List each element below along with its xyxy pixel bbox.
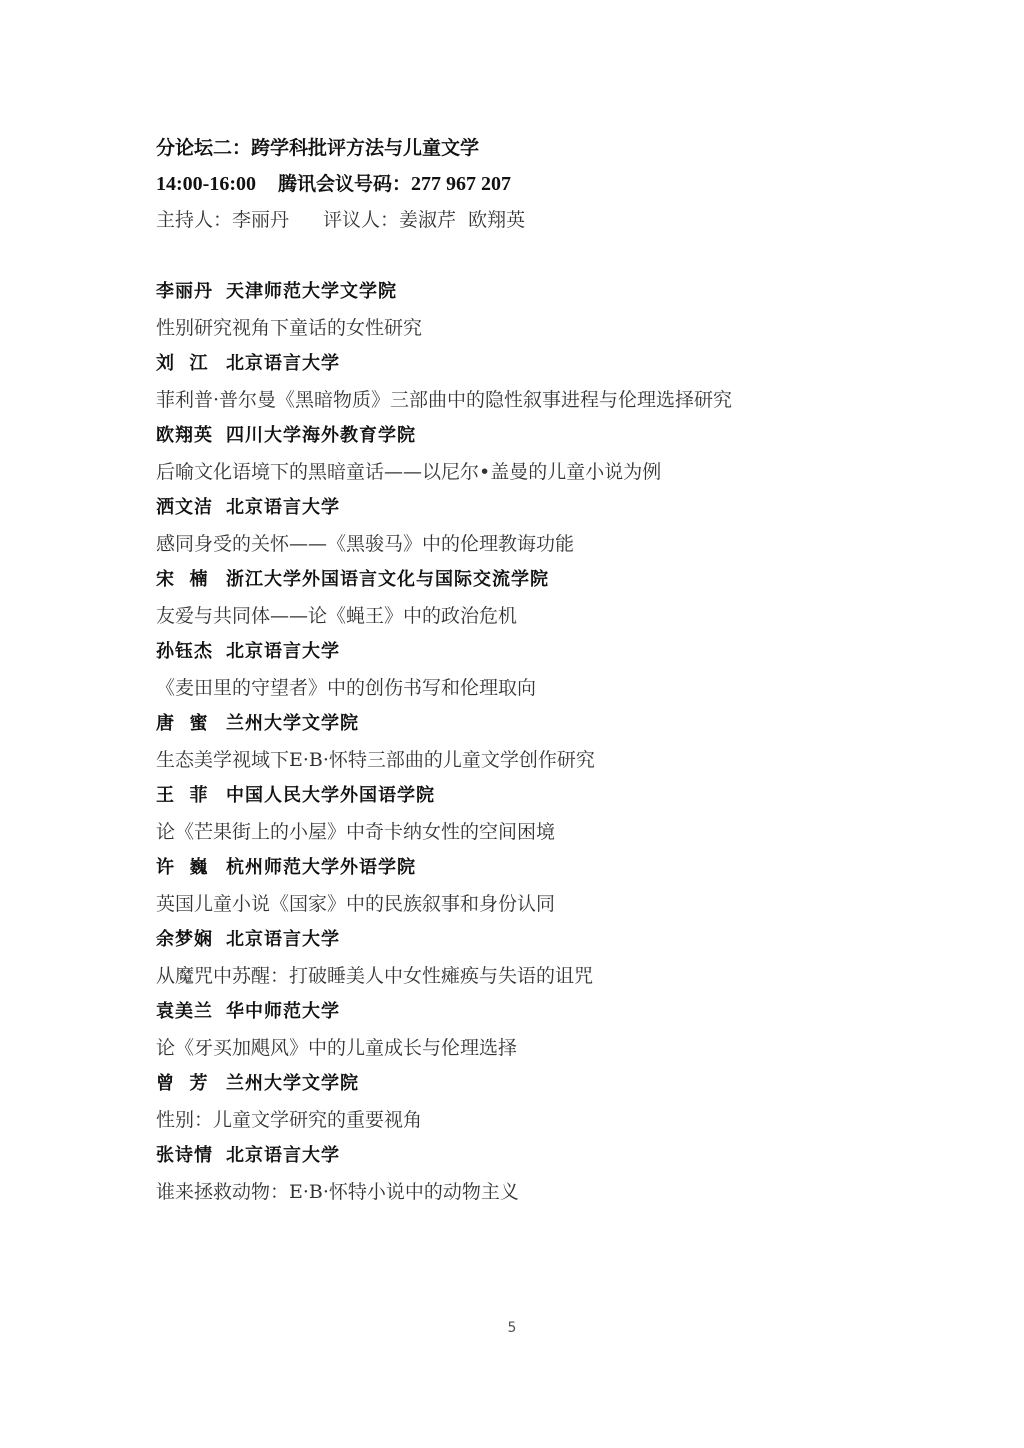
speaker-line: 宋 楠浙江大学外国语言文化与国际交流学院 [156, 562, 876, 598]
speaker-line: 孙钰杰北京语言大学 [156, 634, 876, 670]
presentation-item: 唐 蜜兰州大学文学院 生态美学视域下E·B·怀特三部曲的儿童文学创作研究 [156, 706, 876, 778]
paper-title: 性别研究视角下童话的女性研究 [156, 310, 876, 346]
paper-title: 性别：儿童文学研究的重要视角 [156, 1102, 876, 1138]
speaker-affiliation: 浙江大学外国语言文化与国际交流学院 [226, 569, 549, 590]
paper-title: 友爱与共同体——论《蝇王》中的政治危机 [156, 598, 876, 634]
speaker-affiliation: 北京语言大学 [226, 929, 340, 950]
presentation-item: 许 巍杭州师范大学外语学院 英国儿童小说《国家》中的民族叙事和身份认同 [156, 850, 876, 922]
paper-title: 论《牙买加飓风》中的儿童成长与伦理选择 [156, 1030, 876, 1066]
session-time-line: 14:00-16:00腾讯会议号码：277 967 207 [156, 166, 876, 202]
presentation-item: 欧翔英四川大学海外教育学院 后喻文化语境下的黑暗童话——以尼尔•盖曼的儿童小说为… [156, 418, 876, 490]
speaker-line: 唐 蜜兰州大学文学院 [156, 706, 876, 742]
speaker-affiliation: 北京语言大学 [226, 1145, 340, 1166]
presentation-item: 李丽丹天津师范大学文学院 性别研究视角下童话的女性研究 [156, 274, 876, 346]
presentation-item: 张诗情北京语言大学 谁来拯救动物：E·B·怀特小说中的动物主义 [156, 1138, 876, 1210]
hosts-line: 主持人：李丽丹评议人：姜淑芹 欧翔英 [156, 202, 876, 238]
speaker-affiliation: 天津师范大学文学院 [226, 281, 397, 302]
speaker-affiliation: 北京语言大学 [226, 641, 340, 662]
speaker-name: 余梦娴 [156, 922, 218, 958]
presentation-item: 洒文洁北京语言大学 感同身受的关怀——《黑骏马》中的伦理教诲功能 [156, 490, 876, 562]
speaker-name: 洒文洁 [156, 490, 218, 526]
paper-title: 从魔咒中苏醒：打破睡美人中女性瘫痪与失语的诅咒 [156, 958, 876, 994]
speaker-line: 余梦娴北京语言大学 [156, 922, 876, 958]
speaker-line: 袁美兰华中师范大学 [156, 994, 876, 1030]
speaker-affiliation: 杭州师范大学外语学院 [226, 857, 416, 878]
page-number: 5 [0, 1320, 1024, 1336]
paper-title: 感同身受的关怀——《黑骏马》中的伦理教诲功能 [156, 526, 876, 562]
speaker-affiliation: 华中师范大学 [226, 1001, 340, 1022]
paper-title: 英国儿童小说《国家》中的民族叙事和身份认同 [156, 886, 876, 922]
meeting-id: 277 967 207 [411, 173, 511, 195]
speaker-line: 刘 江北京语言大学 [156, 346, 876, 382]
speaker-affiliation: 兰州大学文学院 [226, 713, 359, 734]
speaker-line: 李丽丹天津师范大学文学院 [156, 274, 876, 310]
meeting-label: 腾讯会议号码： [278, 173, 411, 195]
speaker-affiliation: 中国人民大学外国语学院 [226, 785, 435, 806]
paper-title: 谁来拯救动物：E·B·怀特小说中的动物主义 [156, 1174, 876, 1210]
blank-line [156, 238, 876, 274]
speaker-name: 刘 江 [156, 346, 218, 382]
speaker-affiliation: 四川大学海外教育学院 [226, 425, 416, 446]
speaker-line: 曾 芳兰州大学文学院 [156, 1066, 876, 1102]
speaker-line: 欧翔英四川大学海外教育学院 [156, 418, 876, 454]
speaker-name: 欧翔英 [156, 418, 218, 454]
speaker-line: 洒文洁北京语言大学 [156, 490, 876, 526]
speaker-name: 李丽丹 [156, 274, 218, 310]
speaker-line: 张诗情北京语言大学 [156, 1138, 876, 1174]
paper-title: 菲利普·普尔曼《黑暗物质》三部曲中的隐性叙事进程与伦理选择研究 [156, 382, 876, 418]
speaker-affiliation: 北京语言大学 [226, 497, 340, 518]
speaker-name: 张诗情 [156, 1138, 218, 1174]
presentation-item: 宋 楠浙江大学外国语言文化与国际交流学院 友爱与共同体——论《蝇王》中的政治危机 [156, 562, 876, 634]
forum-section: 分论坛二：跨学科批评方法与儿童文学 14:00-16:00腾讯会议号码：277 … [156, 130, 876, 1210]
speaker-affiliation: 兰州大学文学院 [226, 1073, 359, 1094]
presentation-item: 袁美兰华中师范大学 论《牙买加飓风》中的儿童成长与伦理选择 [156, 994, 876, 1066]
presentation-item: 孙钰杰北京语言大学 《麦田里的守望者》中的创伤书写和伦理取向 [156, 634, 876, 706]
paper-title: 生态美学视域下E·B·怀特三部曲的儿童文学创作研究 [156, 742, 876, 778]
presentation-item: 余梦娴北京语言大学 从魔咒中苏醒：打破睡美人中女性瘫痪与失语的诅咒 [156, 922, 876, 994]
speaker-name: 唐 蜜 [156, 706, 218, 742]
session-time: 14:00-16:00 [156, 173, 256, 195]
speaker-name: 孙钰杰 [156, 634, 218, 670]
reviewers: 评议人：姜淑芹 欧翔英 [323, 209, 525, 231]
speaker-name: 曾 芳 [156, 1066, 218, 1102]
presentation-list: 李丽丹天津师范大学文学院 性别研究视角下童话的女性研究 刘 江北京语言大学 菲利… [156, 274, 876, 1210]
speaker-line: 许 巍杭州师范大学外语学院 [156, 850, 876, 886]
speaker-name: 袁美兰 [156, 994, 218, 1030]
speaker-affiliation: 北京语言大学 [226, 353, 340, 374]
presentation-item: 王 菲中国人民大学外国语学院 论《芒果街上的小屋》中奇卡纳女性的空间困境 [156, 778, 876, 850]
presentation-item: 曾 芳兰州大学文学院 性别：儿童文学研究的重要视角 [156, 1066, 876, 1138]
forum-title: 分论坛二：跨学科批评方法与儿童文学 [156, 130, 876, 166]
paper-title: 后喻文化语境下的黑暗童话——以尼尔•盖曼的儿童小说为例 [156, 454, 876, 490]
paper-title: 论《芒果街上的小屋》中奇卡纳女性的空间困境 [156, 814, 876, 850]
speaker-name: 许 巍 [156, 850, 218, 886]
speaker-name: 宋 楠 [156, 562, 218, 598]
paper-title: 《麦田里的守望者》中的创伤书写和伦理取向 [156, 670, 876, 706]
host: 主持人：李丽丹 [156, 209, 289, 231]
document-page: 分论坛二：跨学科批评方法与儿童文学 14:00-16:00腾讯会议号码：277 … [0, 0, 1024, 1448]
speaker-line: 王 菲中国人民大学外国语学院 [156, 778, 876, 814]
presentation-item: 刘 江北京语言大学 菲利普·普尔曼《黑暗物质》三部曲中的隐性叙事进程与伦理选择研… [156, 346, 876, 418]
speaker-name: 王 菲 [156, 778, 218, 814]
